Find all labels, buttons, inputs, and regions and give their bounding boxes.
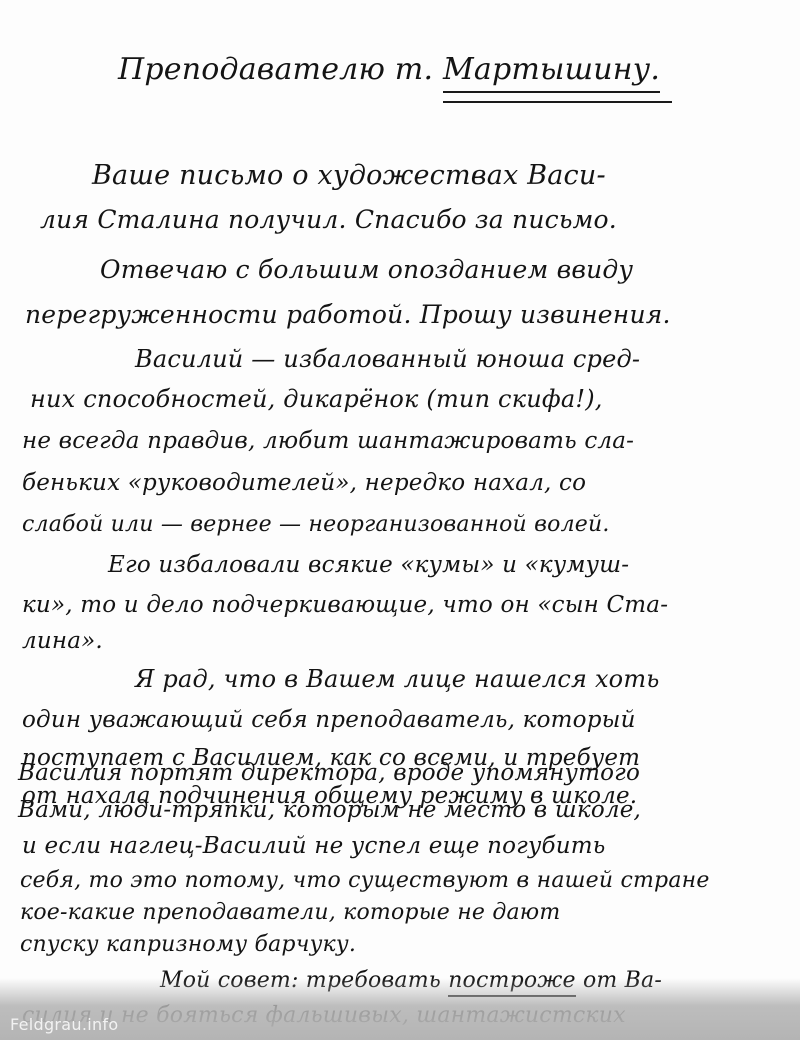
letter-line: перегруженности работой. Прошу извинения… bbox=[25, 300, 671, 329]
letter-line: и если наглец-Василий не успел еще погуб… bbox=[22, 833, 605, 859]
letter-line: беньких «руководителей», нередко нахал, … bbox=[22, 470, 586, 496]
letter-line: себя, то это потому, что существуют в на… bbox=[20, 868, 710, 893]
advice-suffix: от Ва- bbox=[576, 968, 662, 993]
letter-line: лия Сталина получил. Спасибо за письмо. bbox=[40, 205, 617, 234]
letter-line: Ваше письмо о художествах Васи- bbox=[92, 160, 606, 191]
advice-emphasis: построже bbox=[448, 968, 576, 997]
letter-line: кое-какие преподаватели, которые не дают bbox=[20, 900, 560, 925]
letter-line: один уважающий себя преподаватель, котор… bbox=[22, 707, 636, 733]
letter-line: слабой или — вернее — неорганизованной в… bbox=[22, 512, 610, 537]
watermark: Feldgrau.info bbox=[10, 1015, 118, 1034]
advice-prefix: Мой совет: требовать bbox=[160, 968, 448, 993]
letter-line: Его избаловали всякие «кумы» и «кумуш- bbox=[108, 552, 629, 578]
letter-line: Василия портят директора, вроде упомянут… bbox=[18, 760, 640, 786]
letter-line: спуску капризному барчуку. bbox=[20, 932, 356, 957]
salutation: Преподавателю т. Мартышину. bbox=[118, 52, 660, 87]
letter-line: Василий — избалованный юноша сред- bbox=[135, 345, 640, 373]
salutation-name: Мартышину. bbox=[443, 52, 660, 93]
letter-line: лина». bbox=[22, 628, 103, 654]
letter-page: Преподавателю т. Мартышину. Ваше письмо … bbox=[0, 0, 800, 1040]
letter-line: Вами, люди-тряпки, которым не место в шк… bbox=[18, 797, 641, 823]
letter-line: Отвечаю с большим опозданием ввиду bbox=[100, 255, 633, 284]
advice-line: Мой совет: требовать построже от Ва- bbox=[160, 968, 662, 993]
letter-line: ки», то и дело подчеркивающие, что он «с… bbox=[22, 592, 668, 618]
letter-line: не всегда правдив, любит шантажировать с… bbox=[22, 428, 634, 454]
letter-line: них способностей, дикарёнок (тип скифа!)… bbox=[30, 385, 603, 413]
letter-line: Я рад, что в Вашем лице нашелся хоть bbox=[135, 665, 660, 693]
salutation-prefix: Преподавателю т. bbox=[118, 52, 433, 87]
